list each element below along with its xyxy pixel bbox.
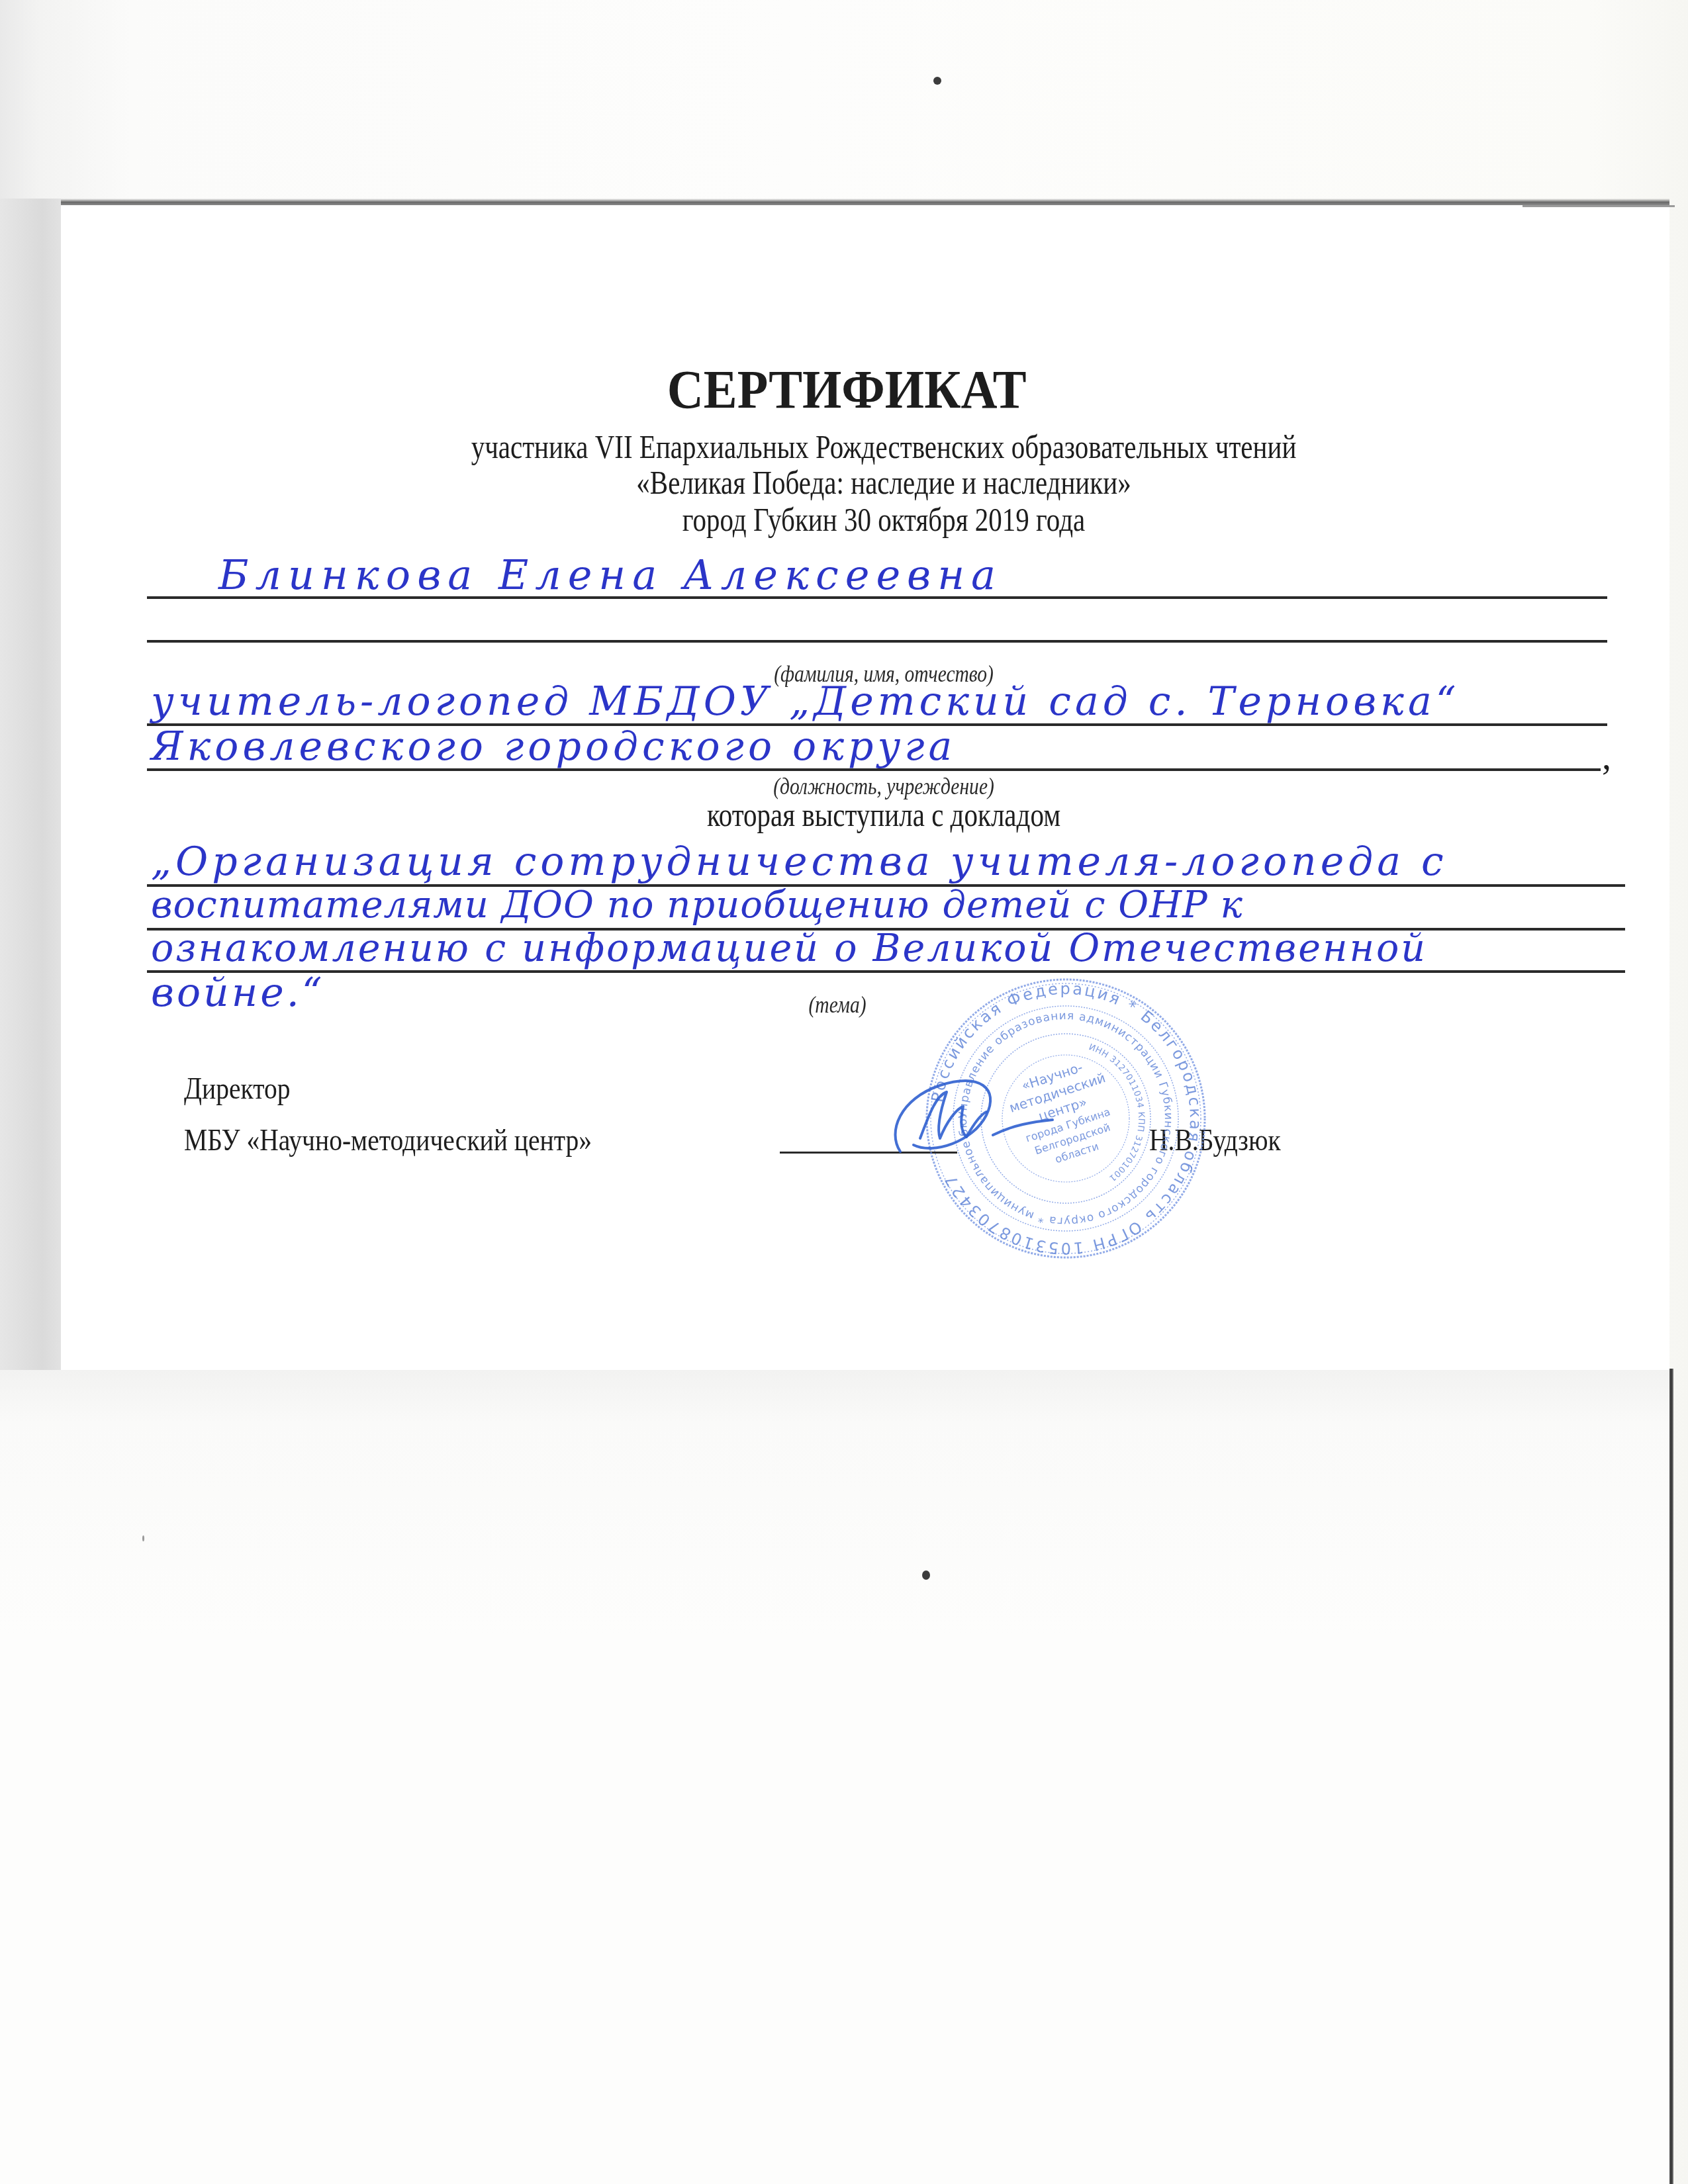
position-comma: , <box>1602 736 1611 778</box>
position-caption: (должность, учреждение) <box>159 774 1608 798</box>
handwritten-signature-icon <box>874 1059 1086 1171</box>
certificate-title: СЕРТИФИКАТ <box>62 363 1632 417</box>
scan-speck <box>933 77 941 85</box>
name-line-2 <box>147 640 1607 643</box>
topic-line-2: воспитателями ДОО по приобщению детей с … <box>151 887 1243 924</box>
participant-name: Блинкова Елена Алексеевна <box>218 555 1002 596</box>
position-rule-2 <box>147 768 1601 771</box>
subtitle-theme: «Великая Победа: наследие и наследники» <box>159 466 1608 499</box>
spoke-label: которая выступила с докладом <box>159 798 1608 831</box>
signatory-organization: МБУ «Научно-методический центр» <box>184 1125 592 1156</box>
position-line-2: Яковлевского городского округа <box>151 727 956 766</box>
underlying-sheet <box>0 1370 1671 2184</box>
paper-top-edge <box>1523 205 1675 207</box>
topic-caption: (тема) <box>113 993 1562 1017</box>
paper-top-edge <box>61 199 1669 205</box>
paper-shadow <box>0 199 61 1370</box>
subtitle-event: участника VII Епархиальных Рождественски… <box>159 430 1608 463</box>
scan-speck <box>142 1535 144 1541</box>
topic-rule-3 <box>147 970 1625 973</box>
scan-speck <box>922 1570 930 1580</box>
subtitle-place-date: город Губкин 30 октября 2019 года <box>159 503 1608 536</box>
signatory-role: Директор <box>184 1073 291 1104</box>
name-line-1 <box>147 596 1607 599</box>
sheet-edge <box>1669 1369 1673 2184</box>
topic-line-1: „Организация сотрудничества учителя-лого… <box>151 842 1448 882</box>
topic-line-3: ознакомлению с информацией о Великой Оте… <box>151 930 1427 968</box>
position-line-1: учитель-логопед МБДОУ „Детский сад с. Те… <box>151 682 1460 721</box>
